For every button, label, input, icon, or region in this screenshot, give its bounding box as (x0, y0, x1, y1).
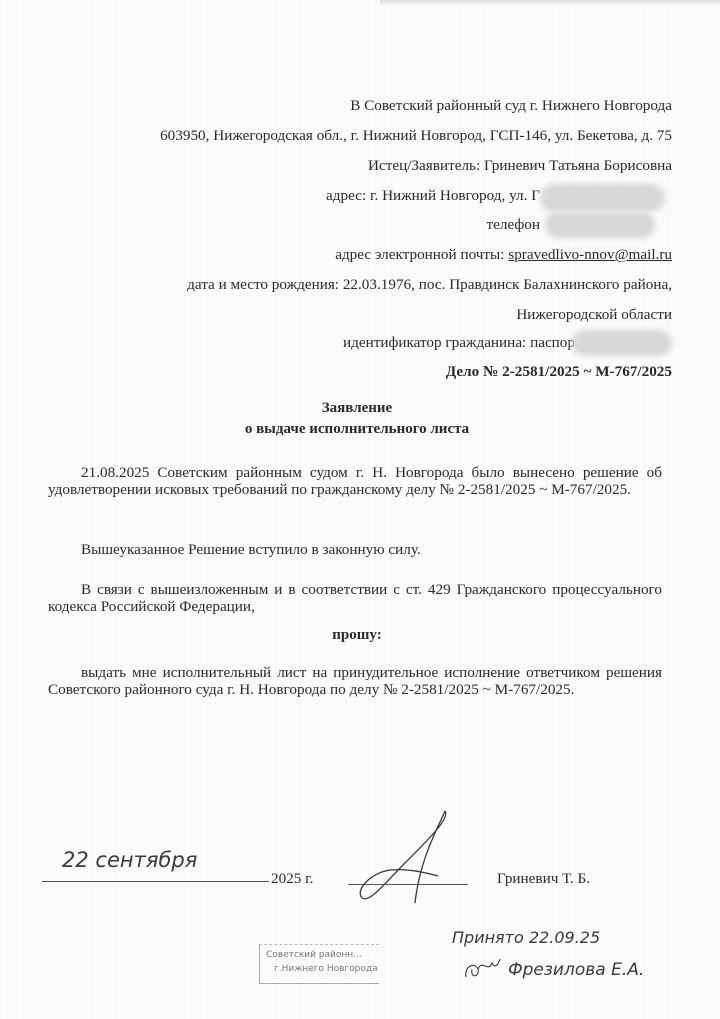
stamp-line-1: Советский районн... (266, 948, 379, 962)
paragraph-in-force: Вышеуказанное Решение вступило в законну… (48, 541, 662, 558)
request-heading: прошу: (0, 627, 717, 644)
citizen-identifier: идентификатор гражданина: паспор (343, 334, 575, 352)
signature-year: 2025 г. (271, 870, 313, 888)
redaction-passport (572, 330, 672, 356)
doc-subtitle: о выдаче исполнительного листа (0, 421, 717, 438)
phone-label: телефон (487, 216, 540, 234)
acceptance-note: Принято 22.09.25 (452, 928, 600, 947)
court-address: 603950, Нижегородская обл., г. Нижний Но… (160, 127, 672, 145)
paragraph-grounds: В связи с вышеизложенным и в соответстви… (48, 581, 662, 615)
court-stamp: Советский районн... г.Нижнего Новгорода (259, 944, 379, 984)
acceptance-clerk: Фрезилова Е.А. (508, 960, 644, 980)
birth-region: Нижегородской области (516, 306, 672, 324)
stamp-line-2: г.Нижнего Новгорода (266, 962, 379, 976)
plaintiff: Истец/Заявитель: Гриневич Татьяна Борисо… (368, 157, 672, 175)
redaction-address (540, 184, 665, 212)
redaction-phone (545, 212, 655, 238)
doc-title: Заявление (0, 400, 717, 417)
document-page: В Советский районный суд г. Нижнего Новг… (0, 0, 720, 1019)
email-label: адрес электронной почты: (335, 246, 508, 263)
email-link[interactable]: spravedlivo-nnov@mail.ru (508, 246, 672, 263)
signature-mark (350, 808, 470, 918)
paragraph-request: выдать мне исполнительный лист на принуд… (48, 664, 662, 698)
scan-edge (380, 0, 720, 6)
court-name: В Советский районный суд г. Нижнего Новг… (350, 97, 672, 115)
signer-name: Гриневич Т. Б. (497, 870, 590, 888)
date-line (42, 881, 269, 882)
birth-info: дата и место рождения: 22.03.1976, пос. … (187, 276, 672, 294)
handwritten-date: 22 сентября (62, 848, 197, 872)
email-line: адрес электронной почты: spravedlivo-nno… (335, 246, 672, 264)
plaintiff-address: адрес: г. Нижний Новгород, ул. Г (326, 187, 540, 205)
case-number: Дело № 2-2581/2025 ~ М-767/2025 (446, 363, 672, 381)
clerk-initials-mark (462, 955, 502, 985)
paragraph-decision: 21.08.2025 Советским районным судом г. Н… (48, 464, 662, 498)
